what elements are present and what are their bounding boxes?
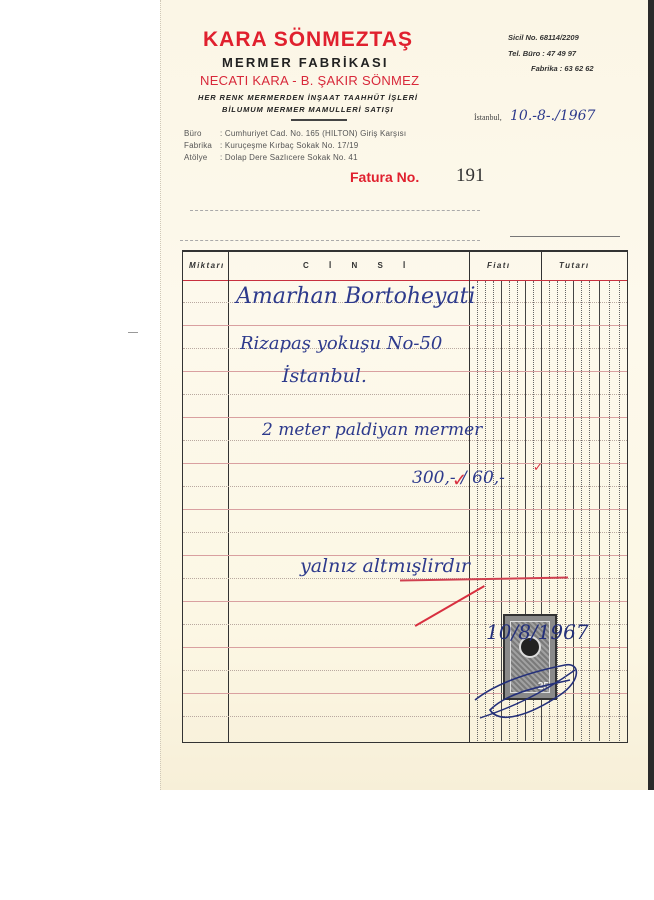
- paper-perforation: [160, 0, 162, 790]
- handwritten-customer-name: Amarhan Bortoheyati: [236, 284, 475, 309]
- scan-mark: [128, 332, 138, 333]
- address-value: : Dolap Dere Sazlıcere Sokak No. 41: [220, 153, 358, 162]
- tel-buro: Tel. Büro : 47 49 97: [508, 49, 576, 58]
- header-fiati: Fiatı: [487, 261, 510, 270]
- company-subtitle: MERMER FABRİKASI: [222, 55, 389, 70]
- table-row-line: [183, 440, 627, 441]
- address-line-2: [180, 240, 480, 241]
- address-fabrika: Fabrika: Kuruçeşme Kırbaç Sokak No. 17/1…: [184, 141, 358, 150]
- address-line-1: [190, 210, 480, 211]
- table-row-line: [183, 371, 627, 372]
- grid-line: [619, 281, 620, 741]
- address-value: : Kuruçeşme Kırbaç Sokak No. 17/19: [220, 141, 358, 150]
- address-line-3: [510, 236, 620, 237]
- header-cinsi: C İ N S İ: [303, 261, 414, 270]
- invoice-number: 191: [456, 165, 485, 187]
- tagline-1: HER RENK MERMERDEN İNŞAAT TAAHHÜT İŞLERİ: [198, 93, 418, 102]
- address-value: : Cumhuriyet Cad. No. 165 (HILTON) Giriş…: [220, 129, 406, 138]
- owners-line: NECATI KARA - B. ŞAKIR SÖNMEZ: [200, 73, 419, 88]
- red-check-mark: ✓: [452, 470, 467, 491]
- header-rule: [291, 119, 347, 121]
- scan-edge-shadow: [648, 0, 654, 790]
- table-row-line: [183, 325, 627, 326]
- table-header: Miktarı C İ N S İ Fiatı Tutarı: [183, 252, 627, 281]
- address-label: Atölye: [184, 153, 220, 162]
- table-row-line: [183, 417, 627, 418]
- handwritten-address-street: Rizapaş yokuşu No-50: [240, 333, 442, 354]
- signature-scribble: [470, 640, 590, 730]
- sicil-number: Sicil No. 68114/2209: [508, 33, 579, 42]
- address-label: Büro: [184, 129, 220, 138]
- table-row-line: [183, 601, 627, 602]
- address-label: Fabrika: [184, 141, 220, 150]
- tagline-2: BİLUMUM MERMER MAMULLERİ SATIŞI: [222, 105, 394, 114]
- company-name: KARA SÖNMEZTAŞ: [203, 28, 413, 52]
- header-tutari: Tutarı: [559, 261, 589, 270]
- table-row-line: [183, 463, 627, 464]
- table-row-line: [183, 394, 627, 395]
- address-atolye: Atölye: Dolap Dere Sazlıcere Sokak No. 4…: [184, 153, 358, 162]
- invoice-label: Fatura No.: [350, 169, 419, 185]
- column-divider-fiati-header: [541, 252, 542, 280]
- header-miktari: Miktarı: [189, 261, 225, 270]
- handwritten-address-city: İstanbul.: [282, 365, 367, 387]
- red-check-mark: ✓: [533, 460, 543, 474]
- city-label: İstanbul,: [474, 113, 502, 122]
- table-row-line: [183, 486, 627, 487]
- table-row-line: [183, 509, 627, 510]
- handwritten-date: 10.-8-./1967: [510, 108, 595, 124]
- table-row-line: [183, 532, 627, 533]
- address-buro: Büro: Cumhuriyet Cad. No. 165 (HILTON) G…: [184, 129, 406, 138]
- tel-fabrika: Fabrika : 63 62 62: [531, 64, 594, 73]
- handwritten-total-words: yalnız altmışlirdır: [300, 555, 470, 577]
- handwritten-item-description: 2 meter paldiyan mermer: [262, 420, 482, 440]
- grid-line: [609, 281, 610, 741]
- grid-line: [599, 281, 600, 741]
